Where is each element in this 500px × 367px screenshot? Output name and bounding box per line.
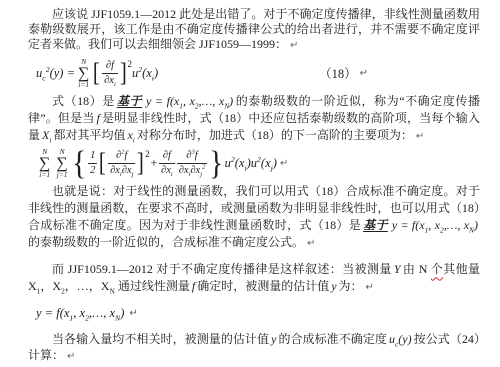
emphasis-bold-underline: 基于 <box>361 218 390 232</box>
partial-derivative-fraction: ∂f ∂xi <box>102 59 118 87</box>
inline-math: f <box>95 111 102 125</box>
text-run: 由 N <box>403 262 431 276</box>
open-brace: { <box>72 150 86 177</box>
inline-math: y = f(x1, x2,…, xN) <box>390 218 480 232</box>
text-run: 为： <box>339 279 363 293</box>
fraction-denominator: ∂xi∂xj2 <box>177 163 208 178</box>
text-run: 而 JJF1059.1—2012 对于不确定度传播律是这样叙述：当被测量 <box>52 262 392 276</box>
inline-math: Y <box>392 262 403 276</box>
close-bracket: ] <box>137 152 144 174</box>
plus-operator: + <box>150 156 158 171</box>
document-page[interactable]: 应该说 JJF1059.1—2012 此处是出错了。对于不确定度传播律，非线性测… <box>0 0 500 367</box>
text-run: 的泰勒级数的一阶近似的，合成标准不确定度公式。 <box>28 235 304 249</box>
paragraph-mark: ↵ <box>67 351 75 362</box>
fraction-denominator: ∂xi <box>159 163 175 178</box>
paragraph-mark: ↵ <box>416 131 424 142</box>
formula-rhs: u2(xi)u2(xj) <box>225 156 277 171</box>
sigma-icon: ∑ <box>78 66 89 81</box>
inline-math: y <box>269 332 278 346</box>
text-run: 对称分布时，加进式（18）的下一高阶的主要项为： <box>137 128 413 142</box>
inline-math: Xi <box>40 128 53 142</box>
second-derivative-fraction: ∂2f ∂xi∂xj <box>108 149 135 177</box>
fraction-numerator: ∂f <box>104 59 116 73</box>
summation-symbol: N ∑ i=1 <box>78 58 89 88</box>
inline-math: y = f(x1, x2,…, xN) <box>144 94 235 108</box>
paragraph-2: 式（18）是基于y = f(x1, x2,…, xN)的泰勒级数的一阶近似，称为… <box>28 93 480 145</box>
formula-rhs: u2(xi) <box>132 66 158 81</box>
formula-18: uc2(y) = N ∑ i=1 [ ∂f ∂xi ] 2 u2(xi) （18… <box>36 58 368 88</box>
fraction-numerator: ∂2f <box>114 149 129 163</box>
paragraph-3: 也就是说：对于线性的测量函数，我们可以用式（18）合成标准不确定度。对于非线性的… <box>28 183 480 252</box>
formula-estimate-value: y = f(x1, x2,…, xN) ↵ <box>34 306 480 321</box>
text-run: 的合成标准不确定度 <box>278 332 387 346</box>
equation-number: （18） <box>319 64 357 82</box>
open-bracket: [ <box>99 152 106 174</box>
paragraph-mark: ↵ <box>366 282 374 293</box>
open-bracket: [ <box>93 62 100 84</box>
inline-math: xi <box>125 128 136 142</box>
sum-lower-limit: j=1 <box>57 171 68 179</box>
paragraph-5: 当各输入量均不相关时，被测量的估计值y的合成标准不确定度uc(y)按公式（24）… <box>28 331 480 365</box>
fraction-denominator: 2 <box>88 163 97 178</box>
paragraph-mark: ↵ <box>280 158 288 169</box>
first-derivative-fraction: ∂f ∂xi <box>159 149 175 177</box>
paragraph-mark: ↵ <box>129 308 137 319</box>
text-run: 都对其平均值 <box>53 128 125 142</box>
fraction-numerator: ∂3f <box>184 149 199 163</box>
fraction-denominator: ∂xi∂xj <box>108 163 135 178</box>
text-run: 式（18）是 <box>52 94 115 108</box>
sum-lower-limit: i=1 <box>39 171 50 179</box>
sigma-icon: ∑ <box>39 156 50 171</box>
third-derivative-fraction: ∂3f ∂xi∂xj2 <box>177 149 208 177</box>
close-brace: } <box>210 150 224 177</box>
fraction-denominator: ∂xi <box>102 73 118 88</box>
sum-lower-limit: i=1 <box>78 81 89 89</box>
text-run: 确定时，被测量的估计值 <box>197 279 329 293</box>
emphasis-bold-underline: 基于 <box>115 94 144 108</box>
formula-body: y = f(x1, x2,…, xN) <box>34 306 126 321</box>
summation-symbol-i: N ∑ i=1 <box>39 148 50 178</box>
fraction-numerator: 1 <box>88 149 97 163</box>
fraction-numerator: ∂f <box>161 149 173 163</box>
paragraph-mark: ↵ <box>307 238 315 249</box>
paragraph-mark: ↵ <box>360 68 368 79</box>
formula-lhs: uc2(y) = <box>36 66 75 81</box>
sigma-icon: ∑ <box>56 156 67 171</box>
spellcheck-flagged-word: 个 <box>431 262 443 276</box>
close-bracket: ] <box>120 62 127 84</box>
one-half-fraction: 1 2 <box>88 149 97 177</box>
paragraph-1: 应该说 JJF1059.1—2012 此处是出错了。对于不确定度传播律，非线性测… <box>28 7 480 53</box>
formula-higher-order-term: N ∑ i=1 N ∑ j=1 { 1 2 [ ∂2f ∂xi∂xj ] 2 +… <box>36 148 480 178</box>
paragraph-4: 而 JJF1059.1—2012 对于不确定度传播律是这样叙述：当被测量Y由 N… <box>28 261 480 296</box>
paragraph-mark: ↵ <box>290 40 298 51</box>
text-run: 应该说 JJF1059.1—2012 此处是出错了。对于不确定度传播律，非线性测… <box>28 7 480 51</box>
inline-math: uc(y) <box>387 332 414 346</box>
inline-math: y <box>329 279 338 293</box>
summation-symbol-j: N ∑ j=1 <box>56 148 67 178</box>
text-run: 当各输入量均不相关时，被测量的估计值 <box>52 332 269 346</box>
